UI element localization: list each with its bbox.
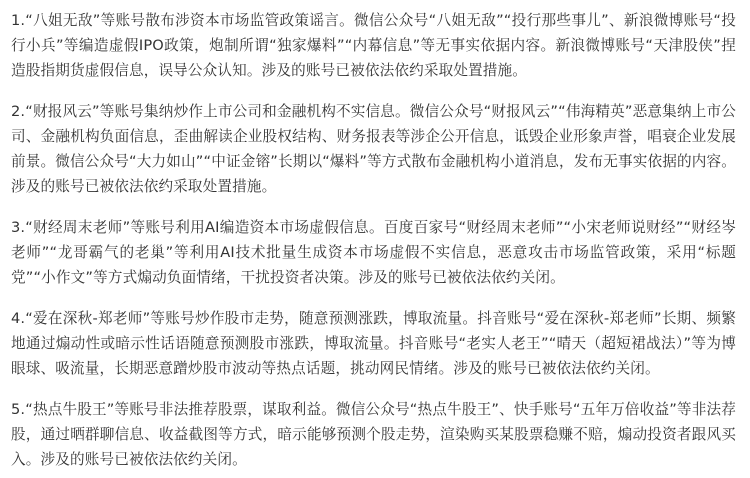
- paragraph-2: 2.“财报风云”等账号集纳炒作上市公司和金融机构不实信息。微信公众号“财报风云”…: [11, 99, 736, 199]
- paragraph-4: 4.“爱在深秋-郑老师”等账号炒作股市走势，随意预测涨跌，博取流量。抖音账号“爱…: [11, 306, 736, 381]
- paragraph-3: 3.“财经周末老师”等账号利用AI编造资本市场虚假信息。百度百家号“财经周末老师…: [11, 215, 736, 290]
- paragraph-5: 5.“热点牛股王”等账号非法推荐股票，谋取利益。微信公众号“热点牛股王”、快手账…: [11, 397, 736, 472]
- paragraph-1: 1.“八姐无敌”等账号散布涉资本市场监管政策谣言。微信公众号“八姐无敌”“投行那…: [11, 8, 736, 83]
- article-body: 1.“八姐无敌”等账号散布涉资本市场监管政策谣言。微信公众号“八姐无敌”“投行那…: [0, 0, 750, 472]
